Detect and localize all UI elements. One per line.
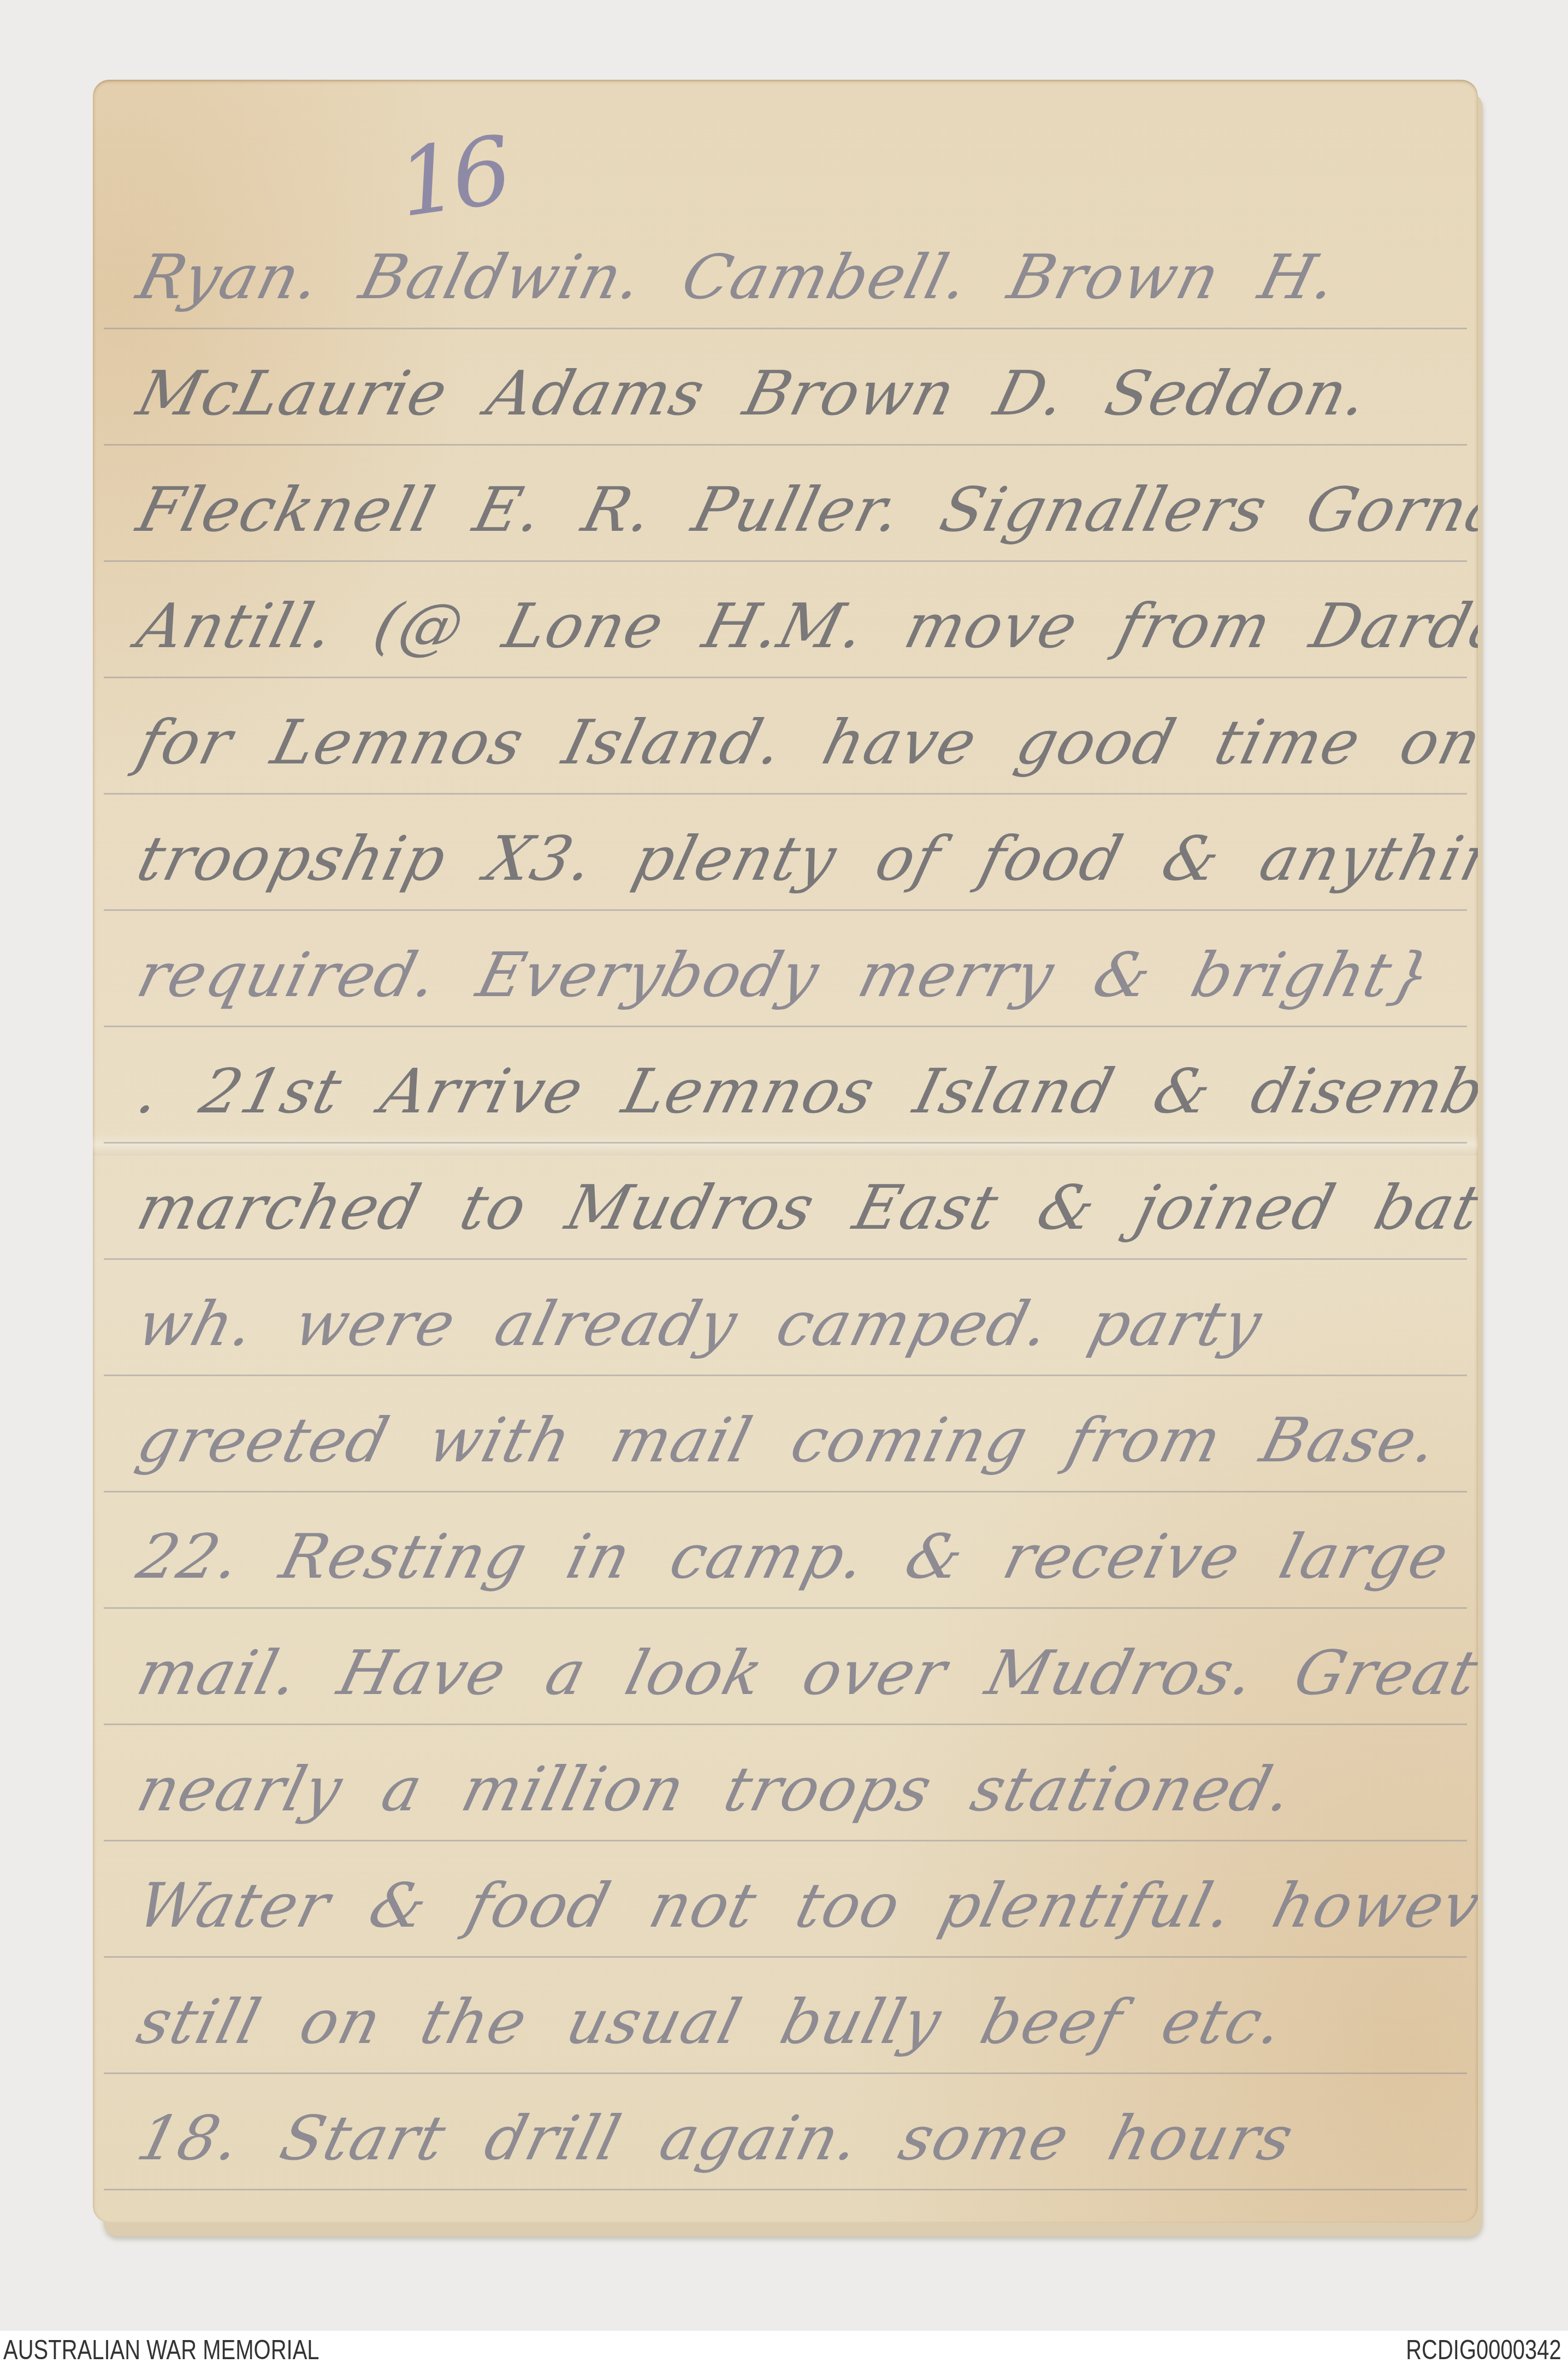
handwritten-line: greeted with mail coming from Base. bbox=[126, 1386, 1478, 1495]
handwritten-line: Water & food not too plentiful. however bbox=[126, 1851, 1478, 1961]
handwritten-line: McLaurie Adams Brown D. Seddon. bbox=[126, 339, 1478, 448]
handwritten-line: nearly a million troops stationed. bbox=[126, 1735, 1478, 1844]
handwritten-line: troopship X3. plenty of food & anything … bbox=[126, 804, 1478, 914]
handwritten-line: required. Everybody merry & bright} bbox=[126, 921, 1478, 1030]
diary-page: 16 Ryan. Baldwin. Cambell. Brown H. McLa… bbox=[93, 80, 1478, 2223]
handwritten-line: 22. Resting in camp. & receive large bbox=[126, 1502, 1478, 1612]
handwritten-line: wh. were already camped. party bbox=[126, 1270, 1478, 1379]
handwritten-line: Ryan. Baldwin. Cambell. Brown H. bbox=[126, 223, 1478, 332]
catalogue-id-caption: RCDIG0000342 bbox=[1406, 2331, 1561, 2369]
handwritten-line: for Lemnos Island. have good time on boa… bbox=[126, 688, 1478, 797]
handwritten-line: Antill. (@ Lone H.M. move from Dardanell… bbox=[126, 572, 1478, 681]
handwritten-line: . 21st Arrive Lemnos Island & disembarke… bbox=[126, 1037, 1478, 1146]
handwritten-line: Flecknell E. R. Puller. Signallers Gorna… bbox=[126, 455, 1478, 565]
handwritten-line: mail. Have a look over Mudros. Great cam… bbox=[126, 1619, 1478, 1728]
page-number: 16 bbox=[392, 116, 513, 238]
handwritten-line: marched to Mudros East & joined battalio… bbox=[126, 1153, 1478, 1263]
institution-caption: AUSTRALIAN WAR MEMORIAL bbox=[3, 2331, 319, 2369]
handwritten-line: still on the usual bully beef etc. bbox=[126, 1968, 1478, 2077]
handwritten-line: 18. Start drill again. some hours bbox=[126, 2084, 1478, 2193]
